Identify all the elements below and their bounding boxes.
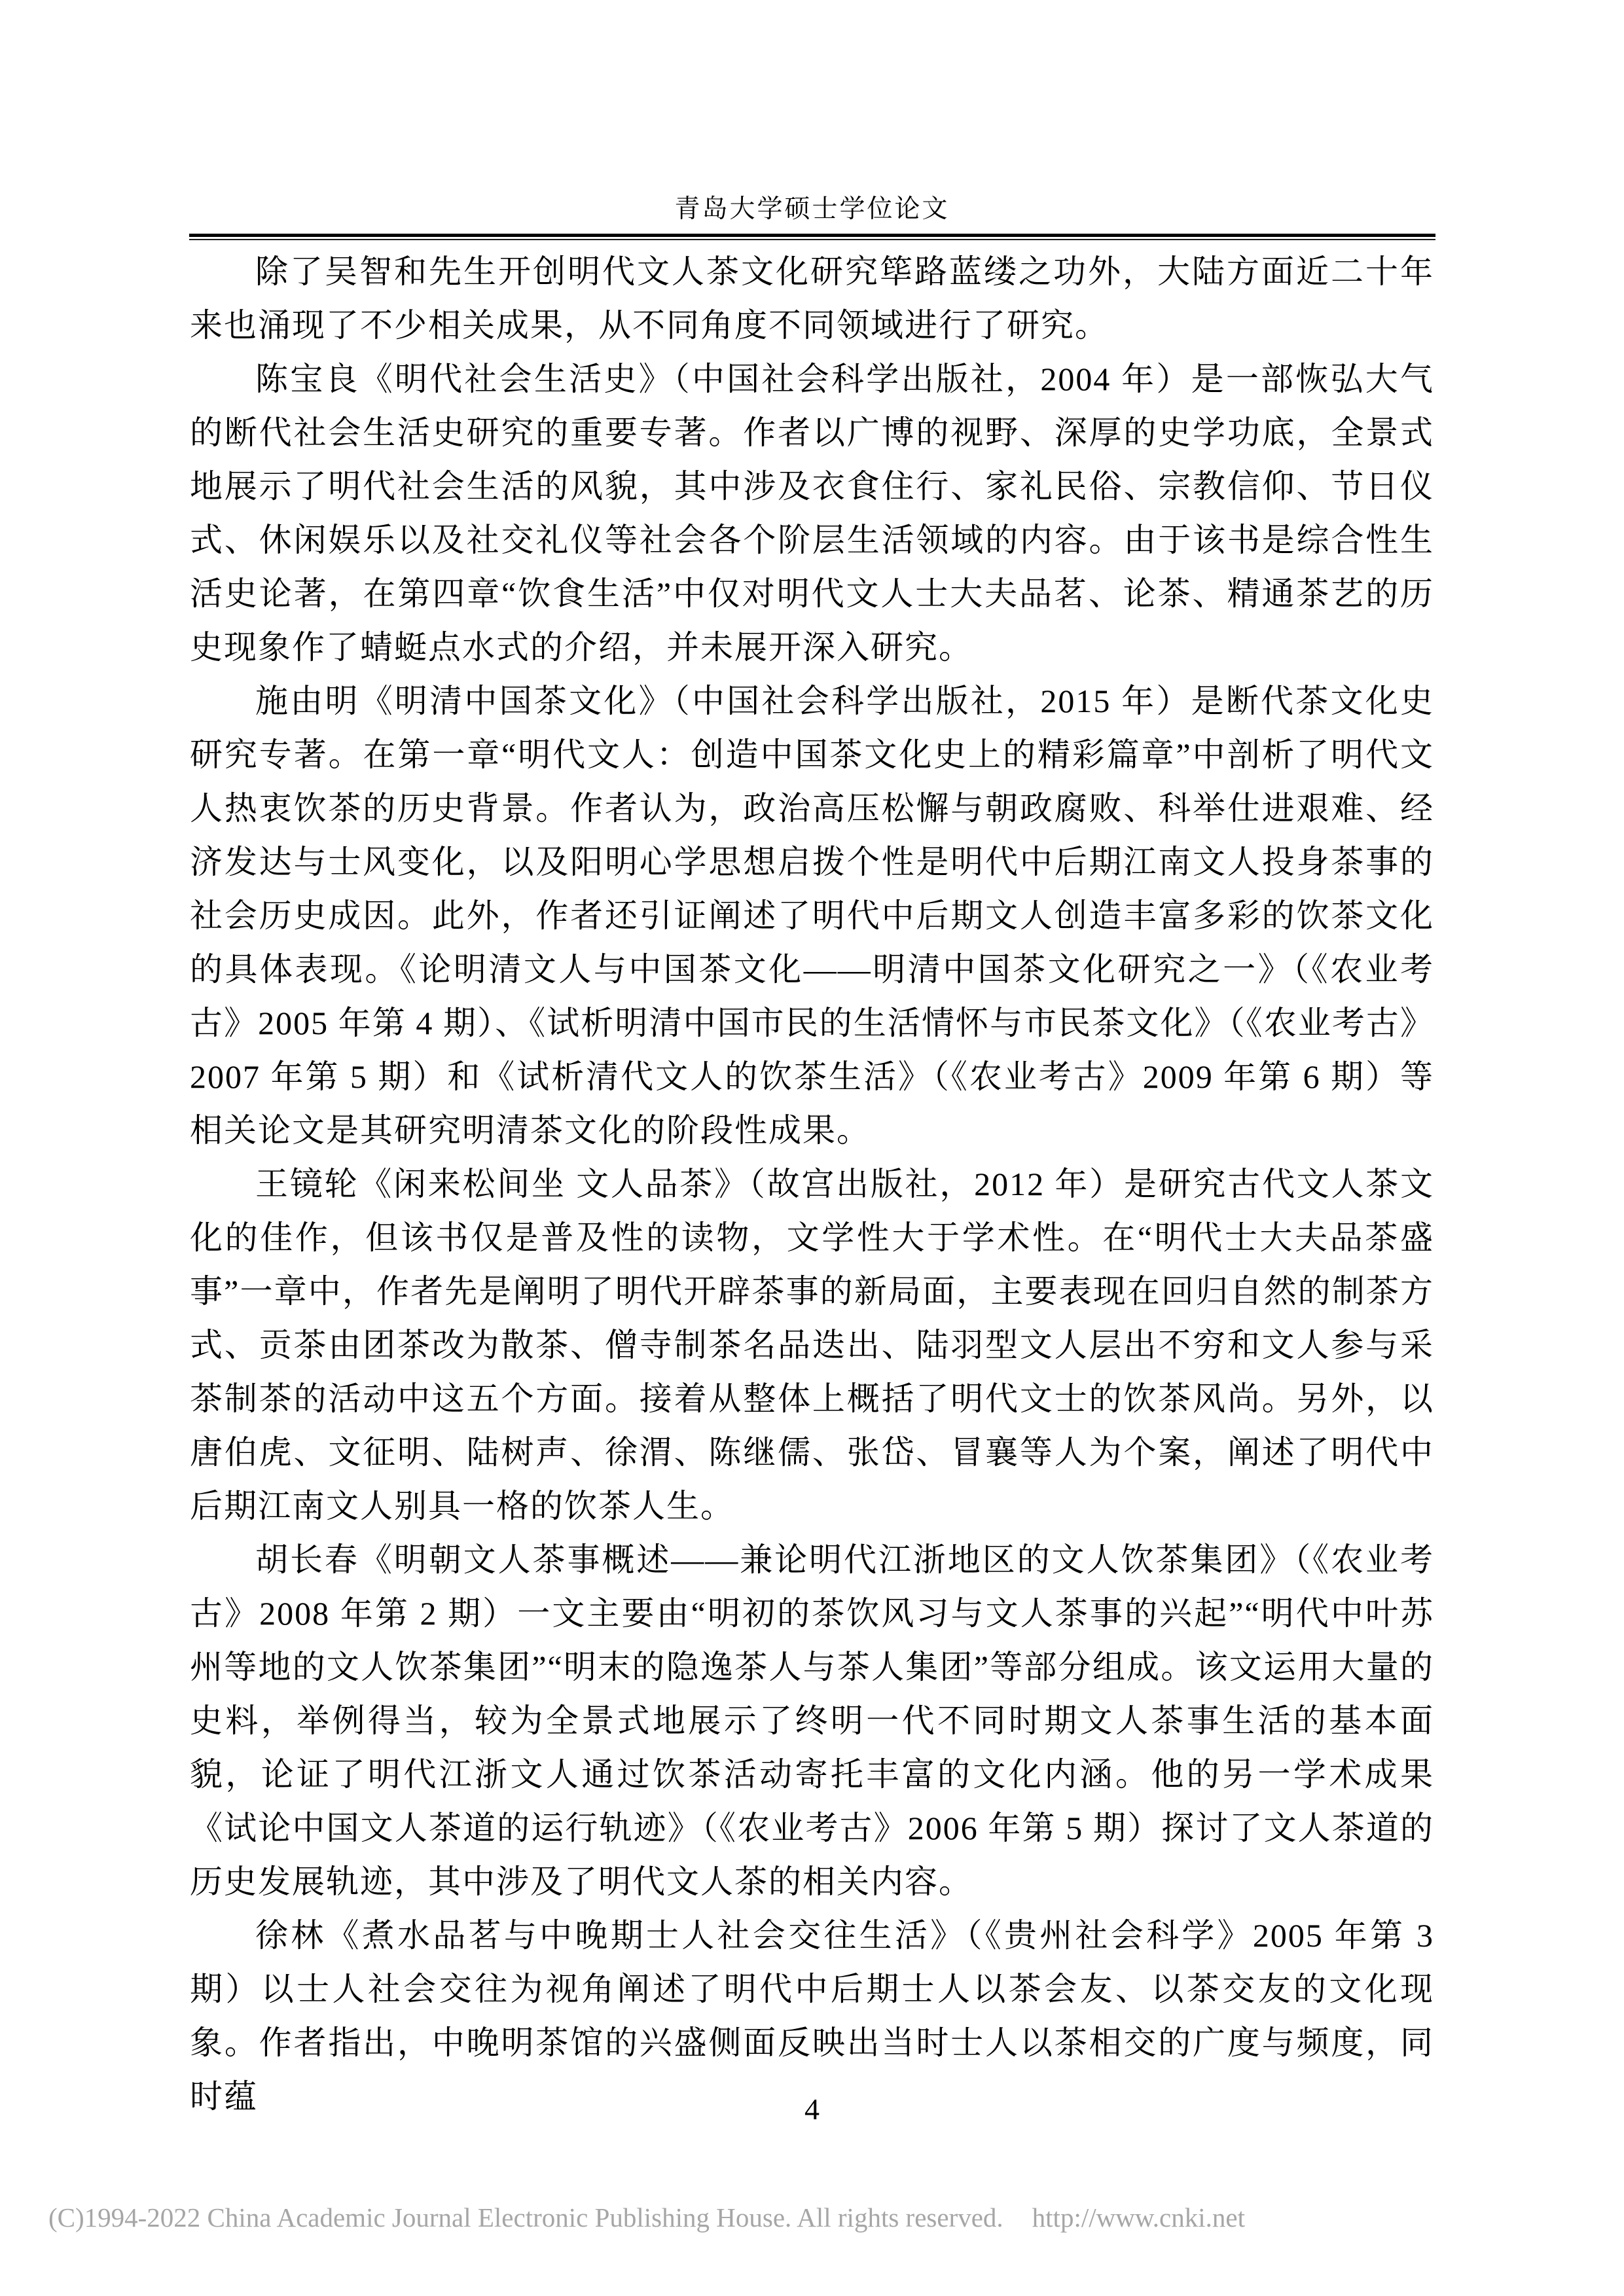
cnki-url-text: http://www.cnki.net: [1032, 2202, 1245, 2233]
cnki-watermark-footer: (C)1994-2022 China Academic Journal Elec…: [48, 2202, 1580, 2234]
body-paragraph: 陈宝良《明代社会生活史》（中国社会科学出版社，2004 年）是一部恢弘大气的断代…: [190, 352, 1434, 674]
page-header-title: 青岛大学硕士学位论文: [0, 194, 1624, 225]
body-paragraph: 徐林《煮水品茗与中晚期士人社会交往生活》（《贵州社会科学》2005 年第 3 期…: [190, 1909, 1434, 2123]
thesis-page: 青岛大学硕士学位论文 除了吴智和先生开创明代文人茶文化研究筚路蓝缕之功外，大陆方…: [0, 0, 1624, 2296]
body-paragraph: 施由明《明清中国茶文化》（中国社会科学出版社，2015 年）是断代茶文化史研究专…: [190, 674, 1434, 1157]
page-number: 4: [0, 2092, 1624, 2126]
body-paragraph: 除了吴智和先生开创明代文人茶文化研究筚路蓝缕之功外，大陆方面近二十年来也涌现了不…: [190, 245, 1434, 352]
body-paragraph: 胡长春《明朝文人茶事概述——兼论明代江浙地区的文人饮茶集团》（《农业考古》200…: [190, 1533, 1434, 1909]
copyright-text: (C)1994-2022 China Academic Journal Elec…: [48, 2202, 1003, 2233]
header-divider: [189, 234, 1435, 240]
body-text: 除了吴智和先生开创明代文人茶文化研究筚路蓝缕之功外，大陆方面近二十年来也涌现了不…: [190, 245, 1434, 2123]
body-paragraph: 王镜轮《闲来松间坐 文人品茶》（故宫出版社，2012 年）是研究古代文人茶文化的…: [190, 1157, 1434, 1533]
